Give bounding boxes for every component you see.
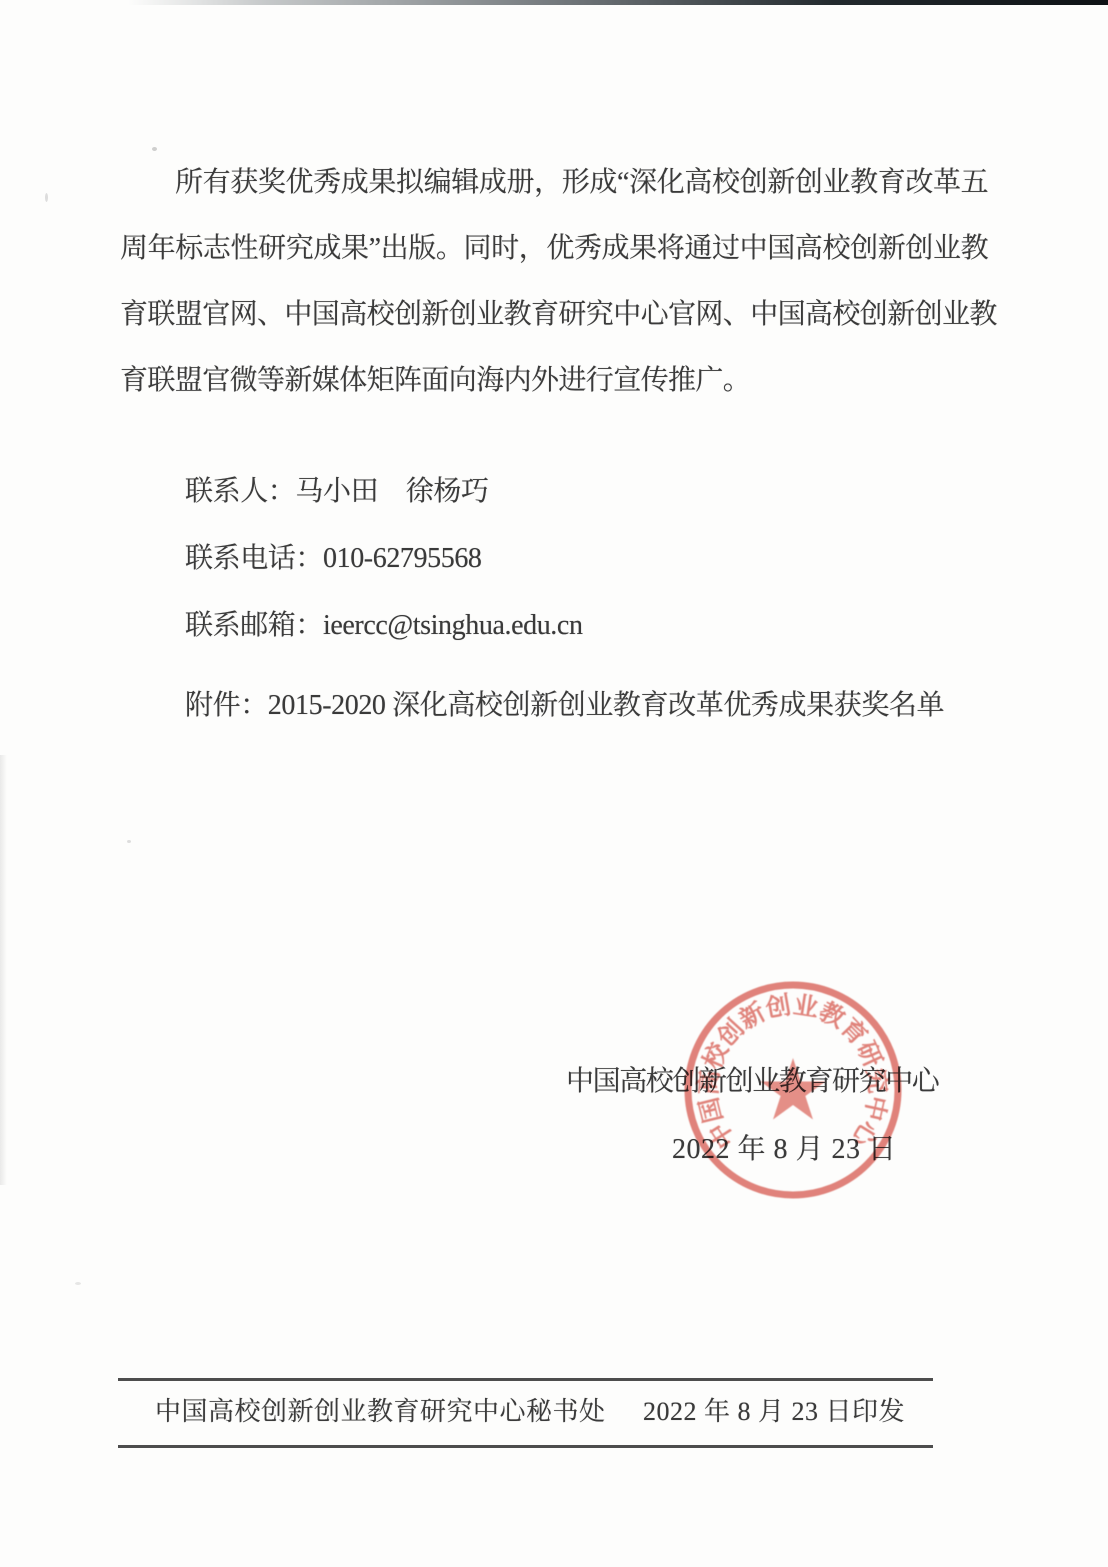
scan-speck: [127, 840, 131, 843]
paragraph-line: 所有获奖优秀成果拟编辑成册，形成“深化高校创新创业教育改革五: [120, 150, 988, 216]
scan-speck: [75, 1282, 81, 1285]
paragraph-line: 周年标志性研究成果”出版。同时，优秀成果将通过中国高校创新创业教: [120, 216, 988, 282]
paragraph-line-text: 育联盟官微等新媒体矩阵面向海内外进行宣传推广。: [120, 365, 750, 396]
footer-rule-top: [118, 1378, 933, 1381]
official-seal: 中国高校创新创业教育研究中心: [677, 974, 909, 1206]
scan-speck: [152, 147, 157, 151]
scan-speck: [45, 193, 48, 202]
scan-top-edge: [128, 0, 1108, 5]
document-page: 所有获奖优秀成果拟编辑成册，形成“深化高校创新创业教育改革五 周年标志性研究成果…: [0, 0, 1108, 1567]
contact-person: 联系人：马小田 徐杨巧: [185, 458, 583, 525]
paragraph-line-text: 所有获奖优秀成果拟编辑成册，形成“深化高校创新创业教育改革五: [175, 167, 988, 198]
scan-edge-shade: [0, 755, 7, 1185]
paragraph-line: 育联盟官网、中国高校创新创业教育研究中心官网、中国高校创新创业教: [120, 282, 988, 348]
contact-email: 联系邮箱：ieercc@tsinghua.edu.cn: [185, 592, 583, 659]
body-paragraph: 所有获奖优秀成果拟编辑成册，形成“深化高校创新创业教育改革五 周年标志性研究成果…: [120, 150, 988, 414]
footer-issuer: 中国高校创新创业教育研究中心秘书处: [155, 1392, 606, 1432]
attachment-line: 附件：2015-2020 深化高校创新创业教育改革优秀成果获奖名单: [185, 686, 944, 726]
footer-print-date: 2022 年 8 月 23 日印发: [643, 1392, 905, 1432]
seal-star-icon: [761, 1058, 826, 1120]
paragraph-line: 育联盟官微等新媒体矩阵面向海内外进行宣传推广。: [120, 348, 988, 414]
contact-block: 联系人：马小田 徐杨巧 联系电话：010-62795568 联系邮箱：ieerc…: [185, 458, 583, 659]
footer-rule-bottom: [118, 1445, 933, 1448]
contact-phone: 联系电话：010-62795568: [185, 525, 583, 592]
footer: 中国高校创新创业教育研究中心秘书处 2022 年 8 月 23 日印发: [155, 1392, 905, 1432]
paragraph-line-text: 育联盟官网、中国高校创新创业教育研究中心官网、中国高校创新创业教: [120, 299, 997, 330]
paragraph-line-text: 周年标志性研究成果”出版。同时，优秀成果将通过中国高校创新创业教: [120, 233, 988, 264]
